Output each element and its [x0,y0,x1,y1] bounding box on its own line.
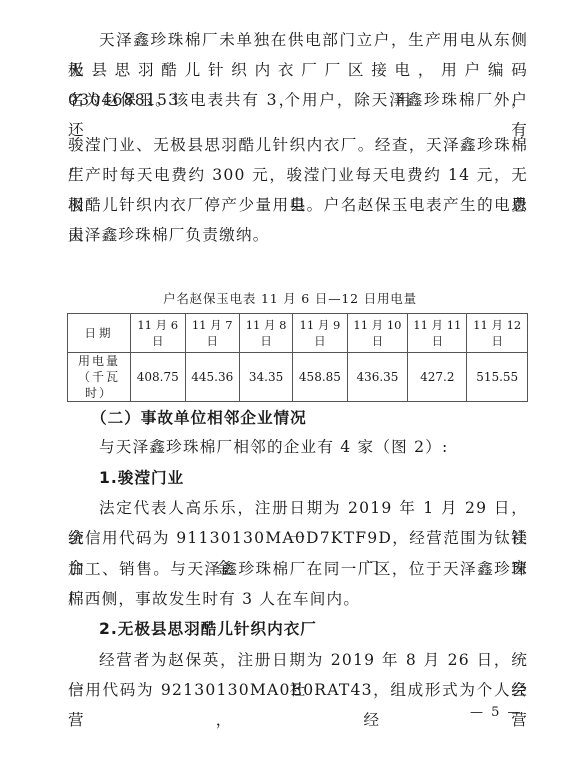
table-caption: 户名赵保玉电表 11 月 6 日—12 日用电量 [0,289,580,307]
usage-label: 用电量 [68,353,130,369]
table-row-dates: 日期 11 月 6 日 11 月 7 日 11 月 8 日 11 月 9 日 1… [68,314,528,353]
date-cell: 11 月 9 日 [293,314,348,353]
date-cell: 11 月 6 日 [131,314,186,353]
usage-value-cell: 427.2 [408,353,467,402]
page-number: — 5 — [470,705,523,720]
row-header-usage: 用电量 （千瓦时） [68,353,131,402]
electricity-usage-table: 日期 11 月 6 日 11 月 7 日 11 月 8 日 11 月 9 日 1… [67,313,528,402]
usage-unit: （千瓦时） [68,369,130,401]
section-intro: 与天泽鑫珍珠棉厂相邻的企业有 4 家（图 2）: [68,432,528,462]
date-cell: 11 月 7 日 [185,314,240,353]
body-line: 信用代码为 92130130MA0E0RAT43，组成形式为个人经营，经营 [68,675,528,735]
usage-value-cell: 436.35 [347,353,408,402]
date-cell: 11 月 10 日 [347,314,408,353]
usage-value-cell: 34.35 [240,353,293,402]
table-row-usage: 用电量 （千瓦时） 408.75 445.36 34.35 458.85 436… [68,353,528,402]
usage-value-cell: 515.55 [467,353,528,402]
body-line: 天泽鑫珍珠棉厂负责缴纳。 [68,220,528,250]
usage-value-cell: 408.75 [131,353,186,402]
row-header-date: 日期 [68,314,131,353]
section-heading: （二）事故单位相邻企业情况 [91,403,307,433]
subsection-heading-1: 1.骏滢门业 [99,463,184,493]
date-cell: 11 月 8 日 [240,314,293,353]
usage-value-cell: 458.85 [293,353,348,402]
date-cell: 11 月 11 日 [408,314,467,353]
date-cell: 11 月 12 日 [467,314,528,353]
usage-value-cell: 445.36 [185,353,240,402]
body-line: 厂西侧，事故发生时有 3 人在车间内。 [68,584,528,614]
subsection-heading-2: 2.无极县思羽酷儿针织内衣厂 [99,614,317,644]
